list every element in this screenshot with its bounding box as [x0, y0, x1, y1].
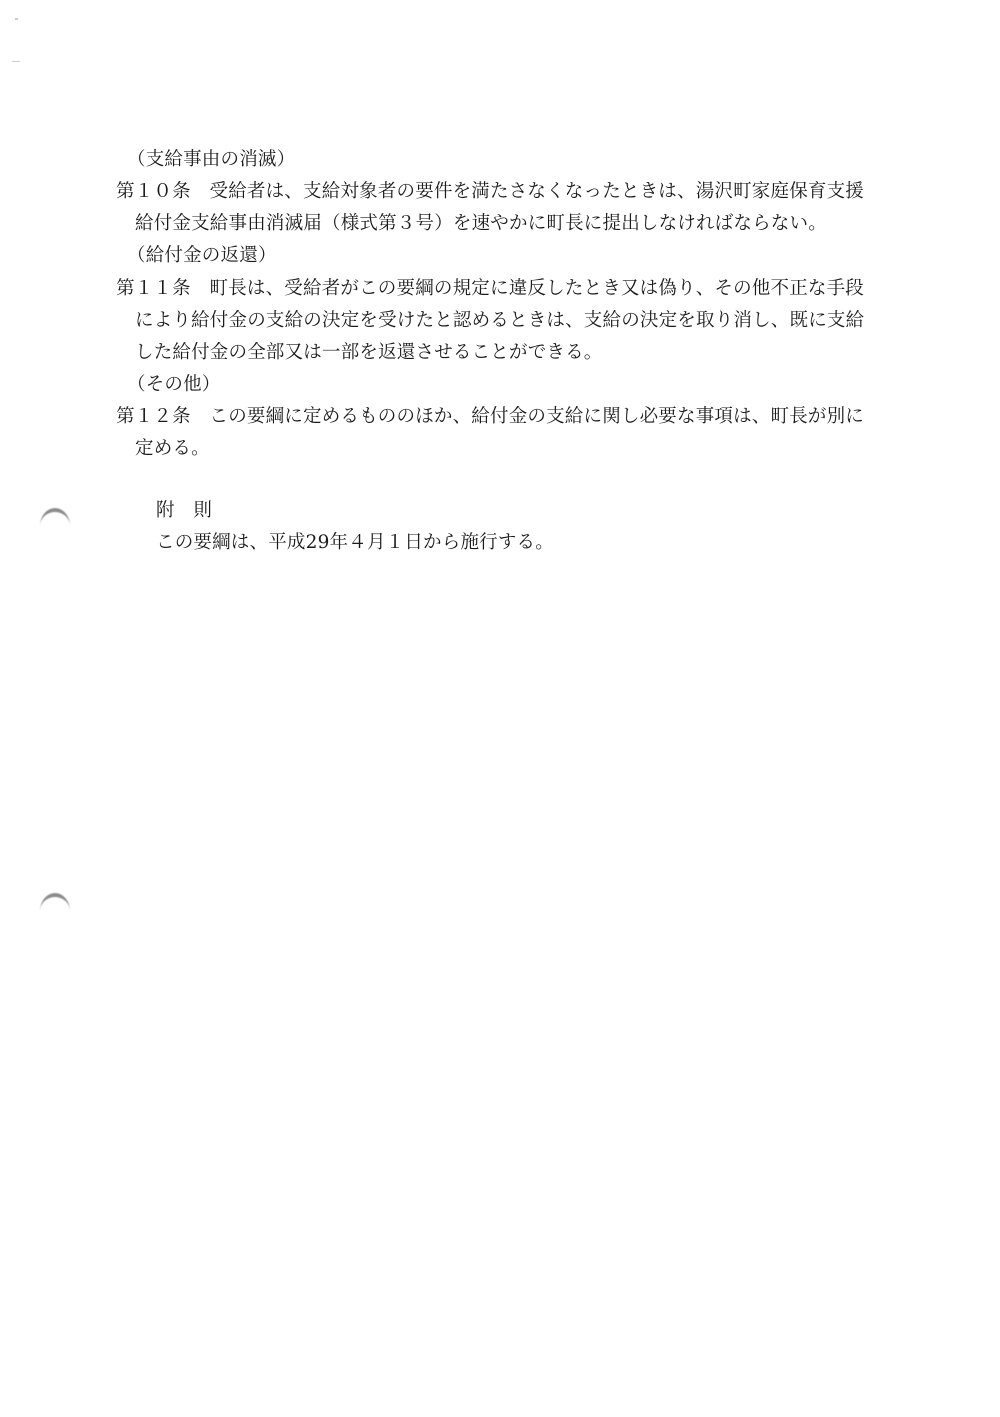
article-11-line-3: した給付金の全部又は一部を返還させることができる。: [135, 341, 603, 365]
punch-hole-mark: [40, 893, 70, 911]
supplementary-text: この要綱は、平成29年４月１日から施行する。: [156, 531, 554, 555]
supplementary-heading: 附 則: [156, 499, 212, 523]
article-10-line-1: 第１０条 受給者は、支給対象者の要件を満たさなくなったときは、湯沢町家庭保育支援: [116, 180, 864, 204]
punch-hole-mark: [40, 508, 70, 526]
article-11-caption: （給付金の返還）: [127, 244, 277, 268]
article-11-line-2: により給付金の支給の決定を受けたと認めるときは、支給の決定を取り消し、既に支給: [135, 309, 864, 333]
scan-speck: [15, 18, 18, 20]
article-12-line-2: 定める。: [135, 437, 210, 461]
article-10-line-2: 給付金支給事由消滅届（様式第３号）を速やかに町長に提出しなければならない。: [135, 212, 827, 236]
article-12-caption: （その他）: [127, 373, 221, 397]
scan-speck: [12, 61, 20, 62]
document-page: （支給事由の消滅） 第１０条 受給者は、支給対象者の要件を満たさなくなったときは…: [0, 0, 1000, 1417]
article-11-line-1: 第１１条 町長は、受給者がこの要綱の規定に違反したとき又は偽り、その他不正な手段: [116, 277, 864, 301]
article-12-line-1: 第１２条 この要綱に定めるもののほか、給付金の支給に関し必要な事項は、町長が別に: [116, 405, 864, 429]
article-10-caption: （支給事由の消滅）: [127, 148, 295, 172]
